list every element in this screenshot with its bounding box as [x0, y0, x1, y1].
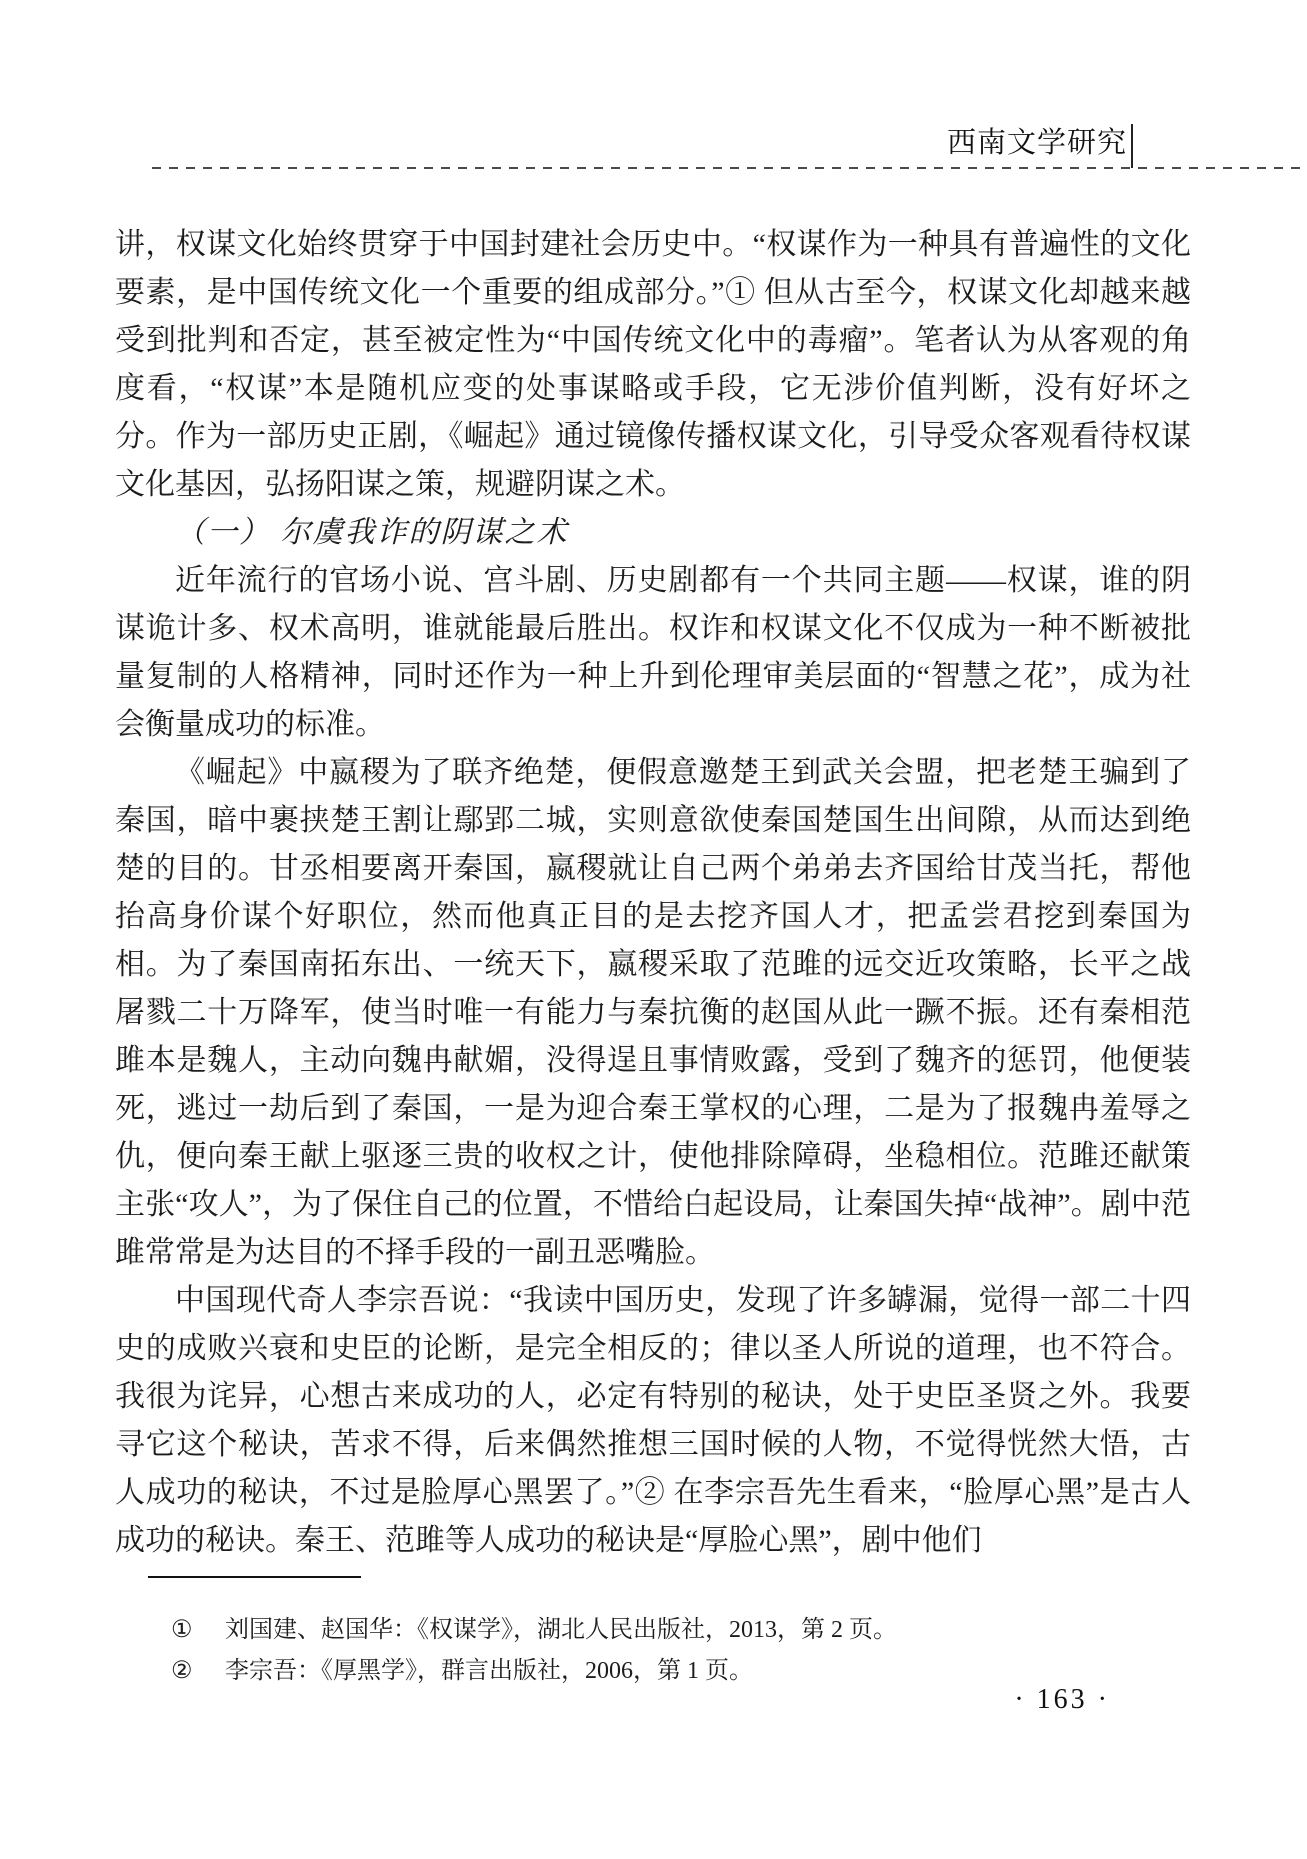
body-paragraph: 中国现代奇人李宗吾说：“我读中国历史，发现了许多罅漏，觉得一部二十四史的成败兴衰…	[115, 1277, 1191, 1565]
footnote-item: ① 刘国建、赵国华：《权谋学》，湖北人民出版社，2013，第 2 页。	[171, 1610, 1151, 1651]
body-paragraph: 近年流行的官场小说、宫斗剧、历史剧都有一个共同主题——权谋，谁的阴谋诡计多、权术…	[115, 557, 1191, 749]
body-text-block: 讲，权谋文化始终贯穿于中国封建社会历史中。“权谋作为一种具有普遍性的文化要素，是…	[115, 221, 1191, 1565]
journal-header-title: 西南文学研究	[947, 126, 1127, 160]
footnote-marker: ②	[171, 1651, 225, 1692]
footnote-text: 刘国建、赵国华：《权谋学》，湖北人民出版社，2013，第 2 页。	[225, 1610, 1151, 1651]
section-heading: （一） 尔虞我诈的阴谋之术	[115, 509, 1191, 557]
footnote-text: 李宗吾：《厚黑学》，群言出版社，2006，第 1 页。	[225, 1651, 1151, 1692]
footnote-item: ② 李宗吾：《厚黑学》，群言出版社，2006，第 1 页。	[171, 1651, 1151, 1692]
body-paragraph-continuation: 讲，权谋文化始终贯穿于中国封建社会历史中。“权谋作为一种具有普遍性的文化要素，是…	[115, 221, 1191, 509]
header-dashed-rule	[152, 167, 1307, 169]
footnote-block: ① 刘国建、赵国华：《权谋学》，湖北人民出版社，2013，第 2 页。 ② 李宗…	[171, 1610, 1151, 1692]
document-page: 西南文学研究 讲，权谋文化始终贯穿于中国封建社会历史中。“权谋作为一种具有普遍性…	[0, 0, 1307, 1859]
body-paragraph: 《崛起》中嬴稷为了联齐绝楚，便假意邀楚王到武关会盟，把老楚王骗到了秦国，暗中裹挟…	[115, 749, 1191, 1277]
footnote-marker: ①	[171, 1610, 225, 1651]
page-number: · 163 ·	[1014, 1684, 1110, 1716]
footnote-separator	[148, 1576, 361, 1578]
header-vertical-bar	[1131, 124, 1133, 168]
